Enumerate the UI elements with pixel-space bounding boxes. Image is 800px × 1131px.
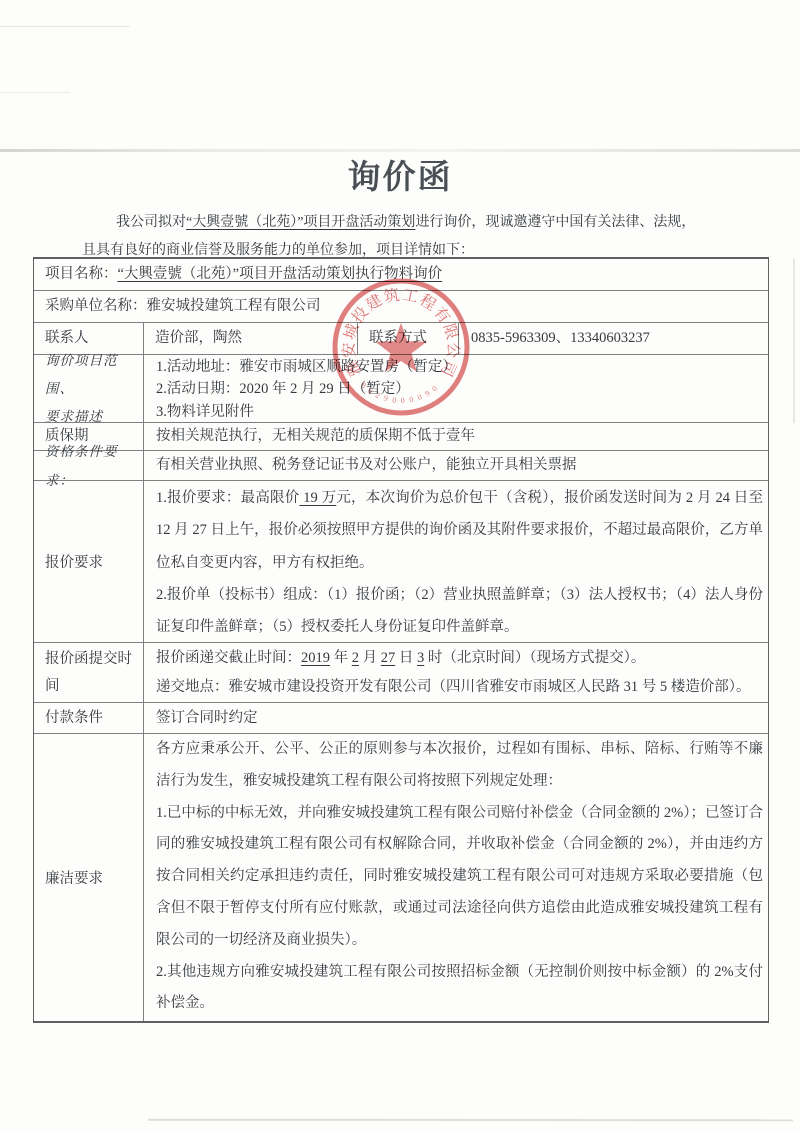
deadline-line-1: 报价函递交截止时间：2019 年 2 月 27 日 3 时（北京时间）（现场方式… (156, 644, 763, 673)
purchaser-label: 采购单位名称： (45, 298, 147, 314)
scan-artifact-streak (0, 26, 130, 27)
inquiry-table: 项目名称：“大興壹號（北苑）”项目开盘活动策划执行物料询价 采购单位名称：雅安城… (33, 257, 769, 1023)
payment-label: 付款条件 (34, 703, 144, 733)
warranty-value: 按相关规范执行，无相关规范的质保期不低于壹年 (144, 423, 768, 450)
scan-artifact-edge (793, 258, 795, 423)
row-payment-terms: 付款条件 签订合同时约定 (34, 703, 768, 734)
deadline-value: 报价函递交截止时间：2019 年 2 月 27 日 3 时（北京时间）（现场方式… (144, 643, 768, 702)
row-qualification: 资格条件要求： 有相关营业执照、税务登记证书及对公账户，能独立开具相关票据 (34, 451, 768, 481)
underlined-project-name: “大興壹號（北苑）”项目开盘活动策划 (186, 215, 415, 230)
row-warranty: 质保期 按相关规范执行，无相关规范的质保期不低于壹年 (34, 423, 768, 451)
integrity-para1: 各方应秉承公开、公平、公正的原则参与本次报价，过程如有围标、串标、陪标、行贿等不… (156, 734, 763, 798)
row-purchaser: 采购单位名称：雅安城投建筑工程有限公司 (34, 291, 768, 323)
scope-value: 1.活动地址：雅安市雨城区顺路安置房（暂定） 2.活动日期：2020 年 2 月… (144, 355, 768, 422)
integrity-value: 各方应秉承公开、公平、公正的原则参与本次报价，过程如有围标、串标、陪标、行贿等不… (144, 734, 768, 1021)
row-contact: 联系人 造价部，陶然 联系方式 0835-5963309、13340603237 (34, 323, 768, 355)
contact-value: 造价部，陶然 (144, 323, 358, 354)
deadline-label: 报价函提交时 间 (34, 643, 144, 702)
row-scope: 询价项目范围、 要求描述 1.活动地址：雅安市雨城区顺路安置房（暂定） 2.活动… (34, 355, 768, 423)
deadline-line-2: 递交地点：雅安城市建设投资开发有限公司（四川省雅安市雨城区人民路 31 号 5 … (156, 673, 763, 702)
contact-method-label: 联系方式 (358, 323, 459, 354)
qualification-value: 有相关营业执照、税务登记证书及对公账户，能独立开具相关票据 (144, 451, 768, 480)
quote-req-label: 报价要求 (34, 481, 144, 642)
quote-req-item2: 2.报价单（投标书）组成：（1）报价函；（2）营业执照盖鲜章；（3）法人授权书；… (156, 579, 763, 644)
contact-phone-value: 0835-5963309、13340603237 (459, 323, 768, 354)
project-name-value: “大興壹號（北苑）”项目开盘活动策划执行物料询价 (118, 266, 443, 282)
underlined-price-limit: 19 万 (299, 490, 336, 506)
intro-line-1: 我公司拟对“大興壹號（北苑）”项目开盘活动策划进行询价，现诚邀遵守中国有关法律、… (82, 209, 742, 237)
scan-artifact-streak (0, 92, 70, 93)
row-project-name: 项目名称：“大興壹號（北苑）”项目开盘活动策划执行物料询价 (34, 259, 768, 291)
row-submission-deadline: 报价函提交时 间 报价函递交截止时间：2019 年 2 月 27 日 3 时（北… (34, 643, 768, 703)
integrity-para2: 1.已中标的中标无效，并向雅安城投建筑工程有限公司赔付补偿金（合同金额的 2%）… (156, 798, 763, 957)
page-title: 询价函 (0, 151, 800, 198)
qualification-label: 资格条件要求： (34, 451, 144, 480)
project-name-label: 项目名称： (45, 266, 118, 282)
integrity-label: 廉洁要求 (34, 734, 144, 1021)
row-quote-requirements: 报价要求 1.报价要求：最高限价 19 万元，本次询价为总价包干（含税），报价函… (34, 481, 768, 643)
scope-label: 询价项目范围、 要求描述 (34, 355, 144, 422)
purchaser-value: 雅安城投建筑工程有限公司 (147, 298, 321, 314)
scan-artifact-line (148, 1119, 793, 1121)
integrity-para3: 2.其他违规方向雅安城投建筑工程有限公司按照招标金额（无控制价则按中标金额）的 … (156, 957, 763, 1021)
payment-value: 签订合同时约定 (144, 703, 768, 733)
row-integrity: 廉洁要求 各方应秉承公开、公平、公正的原则参与本次报价，过程如有围标、串标、陪标… (34, 734, 768, 1021)
quote-req-item1: 1.报价要求：最高限价 19 万元，本次询价为总价包干（含税），报价函发送时间为… (156, 482, 763, 579)
quote-req-value: 1.报价要求：最高限价 19 万元，本次询价为总价包干（含税），报价函发送时间为… (144, 481, 768, 642)
